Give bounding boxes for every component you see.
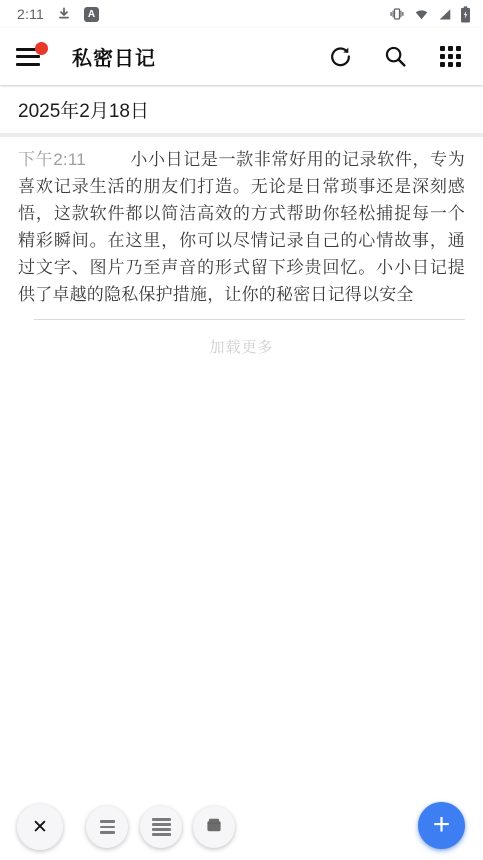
cell-signal-icon — [437, 7, 453, 22]
archive-icon — [202, 814, 226, 841]
menu-icon[interactable] — [16, 47, 42, 67]
vibrate-icon — [388, 6, 406, 22]
list-large-icon — [152, 818, 171, 836]
menu-bar — [16, 55, 40, 58]
search-icon[interactable] — [382, 44, 408, 70]
status-time: 2:11 — [17, 6, 44, 22]
close-icon: ✕ — [32, 818, 48, 837]
entry-divider — [34, 319, 465, 320]
add-button[interactable]: + — [418, 802, 465, 849]
status-bar-right — [388, 6, 471, 23]
date-header[interactable]: 2025年2月18日 — [0, 85, 483, 137]
entry-time: 下午2:11 — [18, 150, 86, 169]
date-label: 2025年2月18日 — [18, 96, 149, 123]
entry-paragraph: 下午2:11小小日记是一款非常好用的记录软件，专为喜欢记录生活的朋友们打造。无论… — [18, 146, 465, 308]
diary-app-screen: 2:11 A 私密日记 — [0, 0, 483, 860]
archive-button[interactable] — [193, 806, 235, 848]
diary-entry[interactable]: 下午2:11小小日记是一款非常好用的记录软件，专为喜欢记录生活的朋友们打造。无论… — [0, 137, 483, 320]
list-small-button[interactable] — [86, 806, 128, 848]
list-large-button[interactable] — [140, 806, 182, 848]
load-more-label: 加载更多 — [209, 339, 273, 356]
plus-icon: + — [433, 810, 451, 840]
notification-dot-badge — [35, 42, 48, 55]
status-bar: 2:11 A — [0, 0, 483, 28]
app-bar-actions — [327, 44, 463, 70]
menu-bar — [16, 63, 40, 66]
close-button[interactable]: ✕ — [17, 804, 63, 850]
status-bar-left: 2:11 A — [17, 6, 99, 22]
download-icon — [56, 6, 72, 22]
battery-charging-icon — [460, 6, 471, 23]
apps-grid-icon[interactable] — [437, 44, 463, 70]
bottom-action-bar: ✕ + — [0, 790, 483, 860]
refresh-icon[interactable] — [327, 44, 353, 70]
wifi-icon — [413, 7, 430, 22]
entry-text: 小小日记是一款非常好用的记录软件，专为喜欢记录生活的朋友们打造。无论是日常琐事还… — [18, 150, 465, 304]
auto-rotate-badge: A — [84, 7, 99, 22]
app-bar: 私密日记 — [0, 28, 483, 85]
apps-grid-dots — [440, 46, 461, 67]
list-small-icon — [100, 820, 115, 834]
page-title: 私密日记 — [72, 42, 156, 71]
load-more[interactable]: 加载更多 — [0, 336, 483, 357]
